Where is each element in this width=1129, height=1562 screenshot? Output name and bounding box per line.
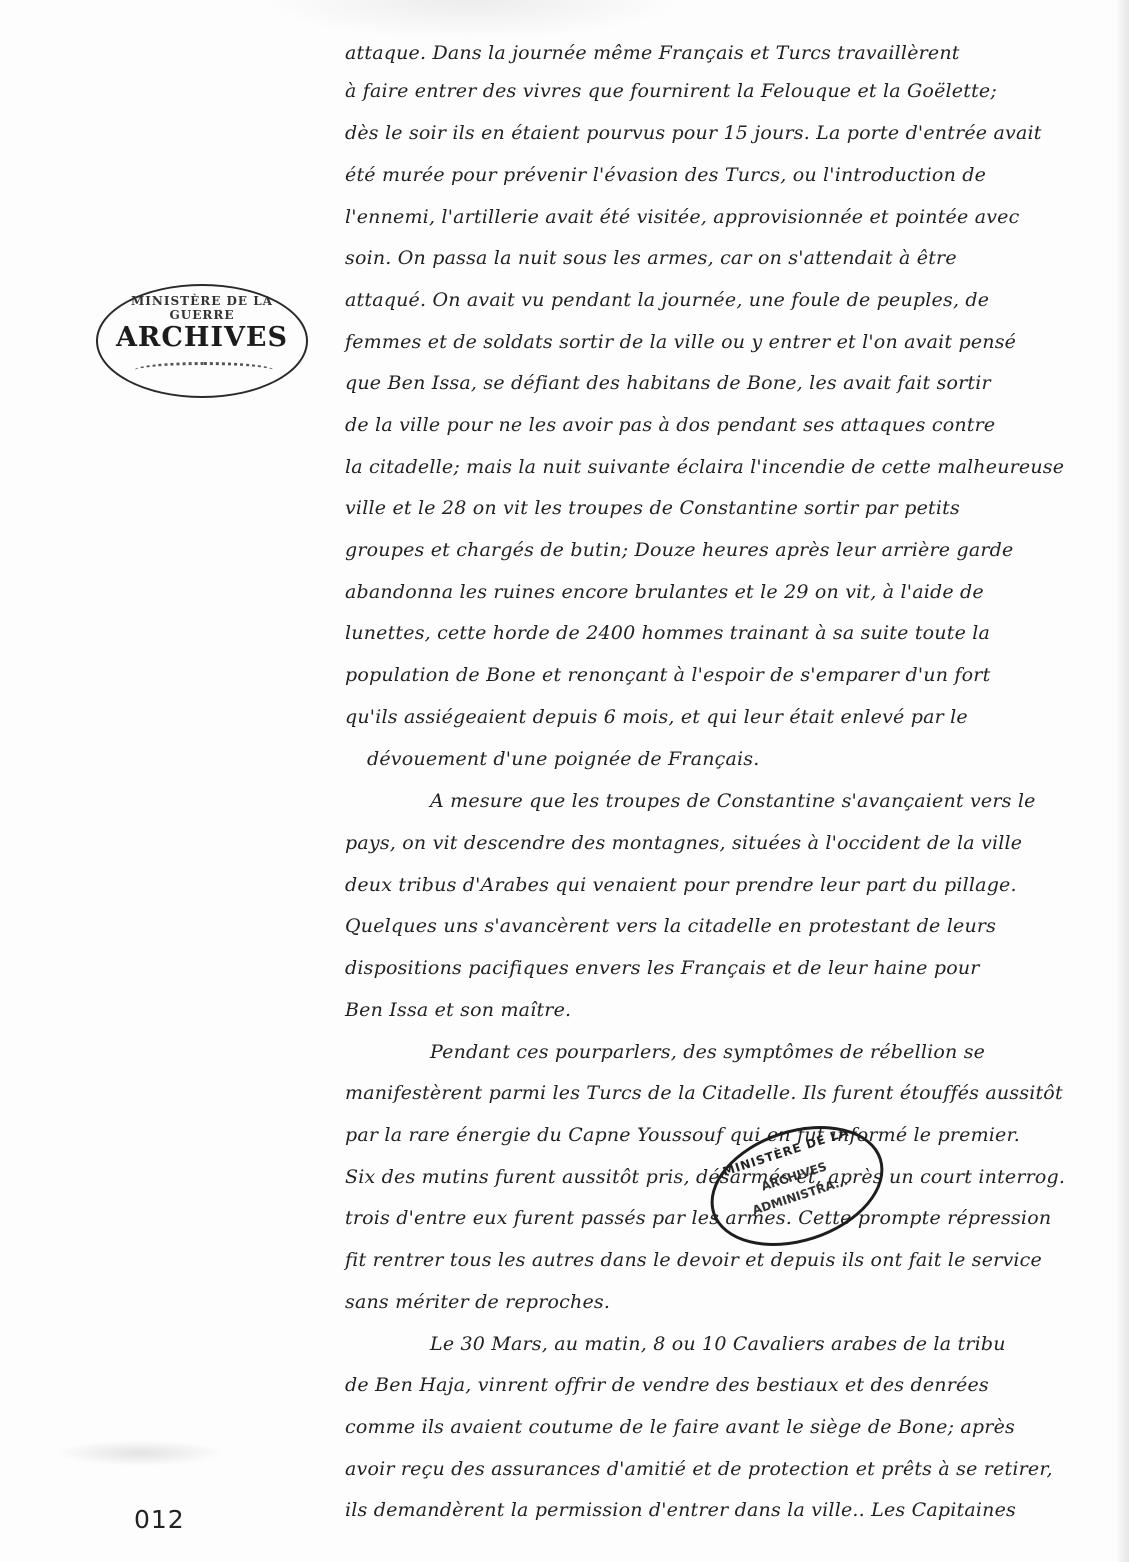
manuscript-line: trois d'entre eux furent passés par les … [345, 1207, 1051, 1229]
manuscript-line: manifestèrent parmi les Turcs de la Cita… [345, 1082, 1063, 1104]
manuscript-line: la citadelle; mais la nuit suivante écla… [345, 456, 1064, 478]
manuscript-line: par la rare énergie du Capne Youssouf qu… [345, 1124, 1020, 1146]
manuscript-line: dévouement d'une poignée de Français. [367, 748, 760, 770]
manuscript-line: Quelques uns s'avancèrent vers la citade… [345, 915, 996, 937]
manuscript-line: A mesure que les troupes de Constantine … [430, 790, 1036, 812]
manuscript-line: avoir reçu des assurances d'amitié et de… [345, 1458, 1053, 1480]
page-edge [1117, 0, 1129, 1562]
manuscript-line: ville et le 28 on vit les troupes de Con… [345, 497, 960, 519]
ink-smudge [55, 1440, 225, 1466]
laurel-wreath-icon [134, 362, 274, 379]
manuscript-line: été murée pour prévenir l'évasion des Tu… [345, 164, 986, 186]
manuscript-line: à faire entrer des vivres que fournirent… [345, 80, 997, 102]
archives-stamp: MINISTÈRE DE LA GUERRE ARCHIVES [96, 284, 308, 398]
manuscript-page: attaque. Dans la journée même Français e… [0, 0, 1129, 1562]
manuscript-line: abandonna les ruines encore brulantes et… [345, 581, 984, 603]
manuscript-line: dispositions pacifiques envers les Franç… [345, 957, 980, 979]
manuscript-line: deux tribus d'Arabes qui venaient pour p… [345, 874, 1017, 896]
manuscript-line: fit rentrer tous les autres dans le devo… [345, 1249, 1042, 1271]
manuscript-line: attaque. Dans la journée même Français e… [345, 42, 960, 64]
manuscript-line: qu'ils assiégeaient depuis 6 mois, et qu… [345, 706, 968, 728]
manuscript-line: que Ben Issa, se défiant des habitans de… [345, 372, 991, 394]
manuscript-line: population de Bone et renonçant à l'espo… [345, 664, 990, 686]
manuscript-line: de Ben Haja, vinrent offrir de vendre de… [345, 1374, 989, 1396]
archives-stamp-arc-text: MINISTÈRE DE LA GUERRE [98, 294, 306, 322]
manuscript-line: dès le soir ils en étaient pourvus pour … [345, 122, 1042, 144]
archives-stamp-main-text: ARCHIVES [98, 322, 306, 353]
manuscript-line: attaqué. On avait vu pendant la journée,… [345, 289, 989, 311]
manuscript-line: Ben Issa et son maître. [345, 999, 571, 1021]
manuscript-line: Le 30 Mars, au matin, 8 ou 10 Cavaliers … [430, 1333, 1006, 1355]
manuscript-line: de la ville pour ne les avoir pas à dos … [345, 414, 995, 436]
manuscript-line: ils demandèrent la permission d'entrer d… [345, 1499, 1016, 1521]
manuscript-line: soin. On passa la nuit sous les armes, c… [345, 247, 957, 269]
manuscript-line: Pendant ces pourparlers, des symptômes d… [430, 1041, 985, 1063]
manuscript-line: l'ennemi, l'artillerie avait été visitée… [345, 206, 1019, 228]
manuscript-line: femmes et de soldats sortir de la ville … [345, 331, 1016, 353]
manuscript-line: groupes et chargés de butin; Douze heure… [345, 539, 1013, 561]
scan-shadow [260, 0, 680, 40]
page-number: 012 [134, 1505, 185, 1534]
manuscript-line: lunettes, cette horde de 2400 hommes tra… [345, 622, 990, 644]
manuscript-line: pays, on vit descendre des montagnes, si… [345, 832, 1022, 854]
manuscript-line: sans mériter de reproches. [345, 1291, 610, 1313]
manuscript-line: comme ils avaient coutume de le faire av… [345, 1416, 1015, 1438]
